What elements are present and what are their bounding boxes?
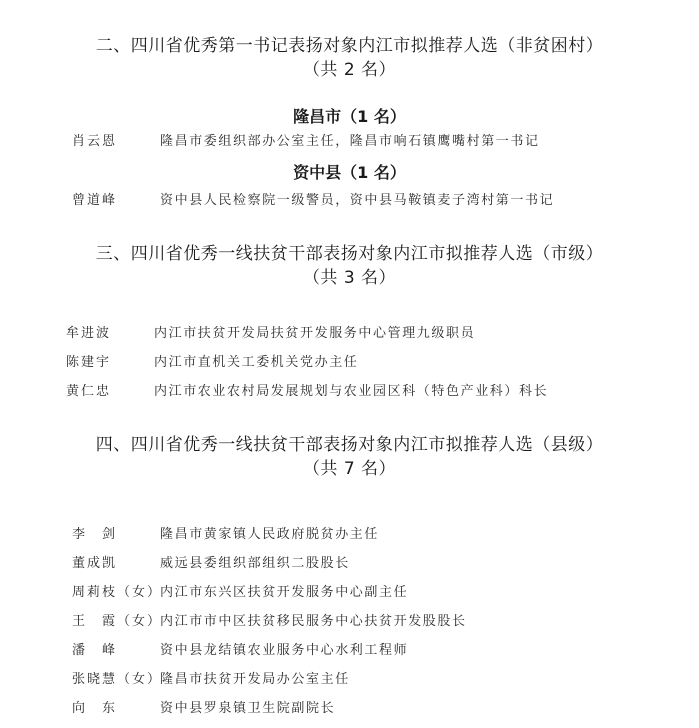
person-title: 资中县龙结镇农业服务中心水利工程师 [160, 642, 408, 660]
person-title: 资中县罗泉镇卫生院副院长 [160, 700, 335, 718]
person-name: 潘 峰 [72, 642, 117, 660]
person-title: 隆昌市扶贫开发局办公室主任 [160, 671, 350, 689]
person-title: 内江市直机关工委机关党办主任 [154, 354, 358, 372]
group-longchang-subheading: 隆昌市（1 名） [0, 106, 699, 128]
section-3-heading-count: （共 3 名） [0, 266, 699, 290]
person-name: 向 东 [72, 700, 117, 718]
section-4-heading: 四、四川省优秀一线扶贫干部表扬对象内江市拟推荐人选（县级） （共 7 名） [0, 433, 699, 481]
person-name: 张晓慧（女） [72, 671, 162, 689]
person-name: 李 剑 [72, 526, 117, 544]
section-3-heading-line1: 三、四川省优秀一线扶贫干部表扬对象内江市拟推荐人选（市级） [96, 244, 604, 264]
person-title: 隆昌市委组织部办公室主任，隆昌市响石镇鹰嘴村第一书记 [160, 133, 540, 151]
person-name: 肖云恩 [72, 133, 117, 151]
section-2-heading-count: （共 2 名） [0, 58, 699, 82]
section-4-heading-count: （共 7 名） [0, 457, 699, 481]
person-name: 周莉枝（女） [72, 584, 162, 602]
person-name: 王 霞（女） [72, 613, 162, 631]
person-title: 内江市扶贫开发局扶贫开发服务中心管理九级职员 [154, 325, 475, 343]
section-3-heading: 三、四川省优秀一线扶贫干部表扬对象内江市拟推荐人选（市级） （共 3 名） [0, 242, 699, 290]
person-title: 威远县委组织部组织二股股长 [160, 555, 350, 573]
person-title: 内江市农业农村局发展规划与农业园区科（特色产业科）科长 [154, 383, 548, 401]
person-title: 资中县人民检察院一级警员，资中县马鞍镇麦子湾村第一书记 [160, 192, 554, 210]
group-zizhong-subheading: 资中县（1 名） [0, 162, 699, 184]
person-name: 董成凯 [72, 555, 117, 573]
person-name: 牟进波 [66, 325, 111, 343]
person-title: 内江市市中区扶贫移民服务中心扶贫开发股股长 [160, 613, 467, 631]
person-name: 曾道峰 [72, 192, 117, 210]
person-title: 内江市东兴区扶贫开发服务中心副主任 [160, 584, 408, 602]
person-title: 隆昌市黄家镇人民政府脱贫办主任 [160, 526, 379, 544]
section-2-heading-line1: 二、四川省优秀第一书记表扬对象内江市拟推荐人选（非贫困村） [96, 36, 604, 56]
person-name: 黄仁忠 [66, 383, 111, 401]
section-4-heading-line1: 四、四川省优秀一线扶贫干部表扬对象内江市拟推荐人选（县级） [96, 435, 604, 455]
section-2-heading: 二、四川省优秀第一书记表扬对象内江市拟推荐人选（非贫困村） （共 2 名） [0, 34, 699, 82]
person-name: 陈建宇 [66, 354, 111, 372]
